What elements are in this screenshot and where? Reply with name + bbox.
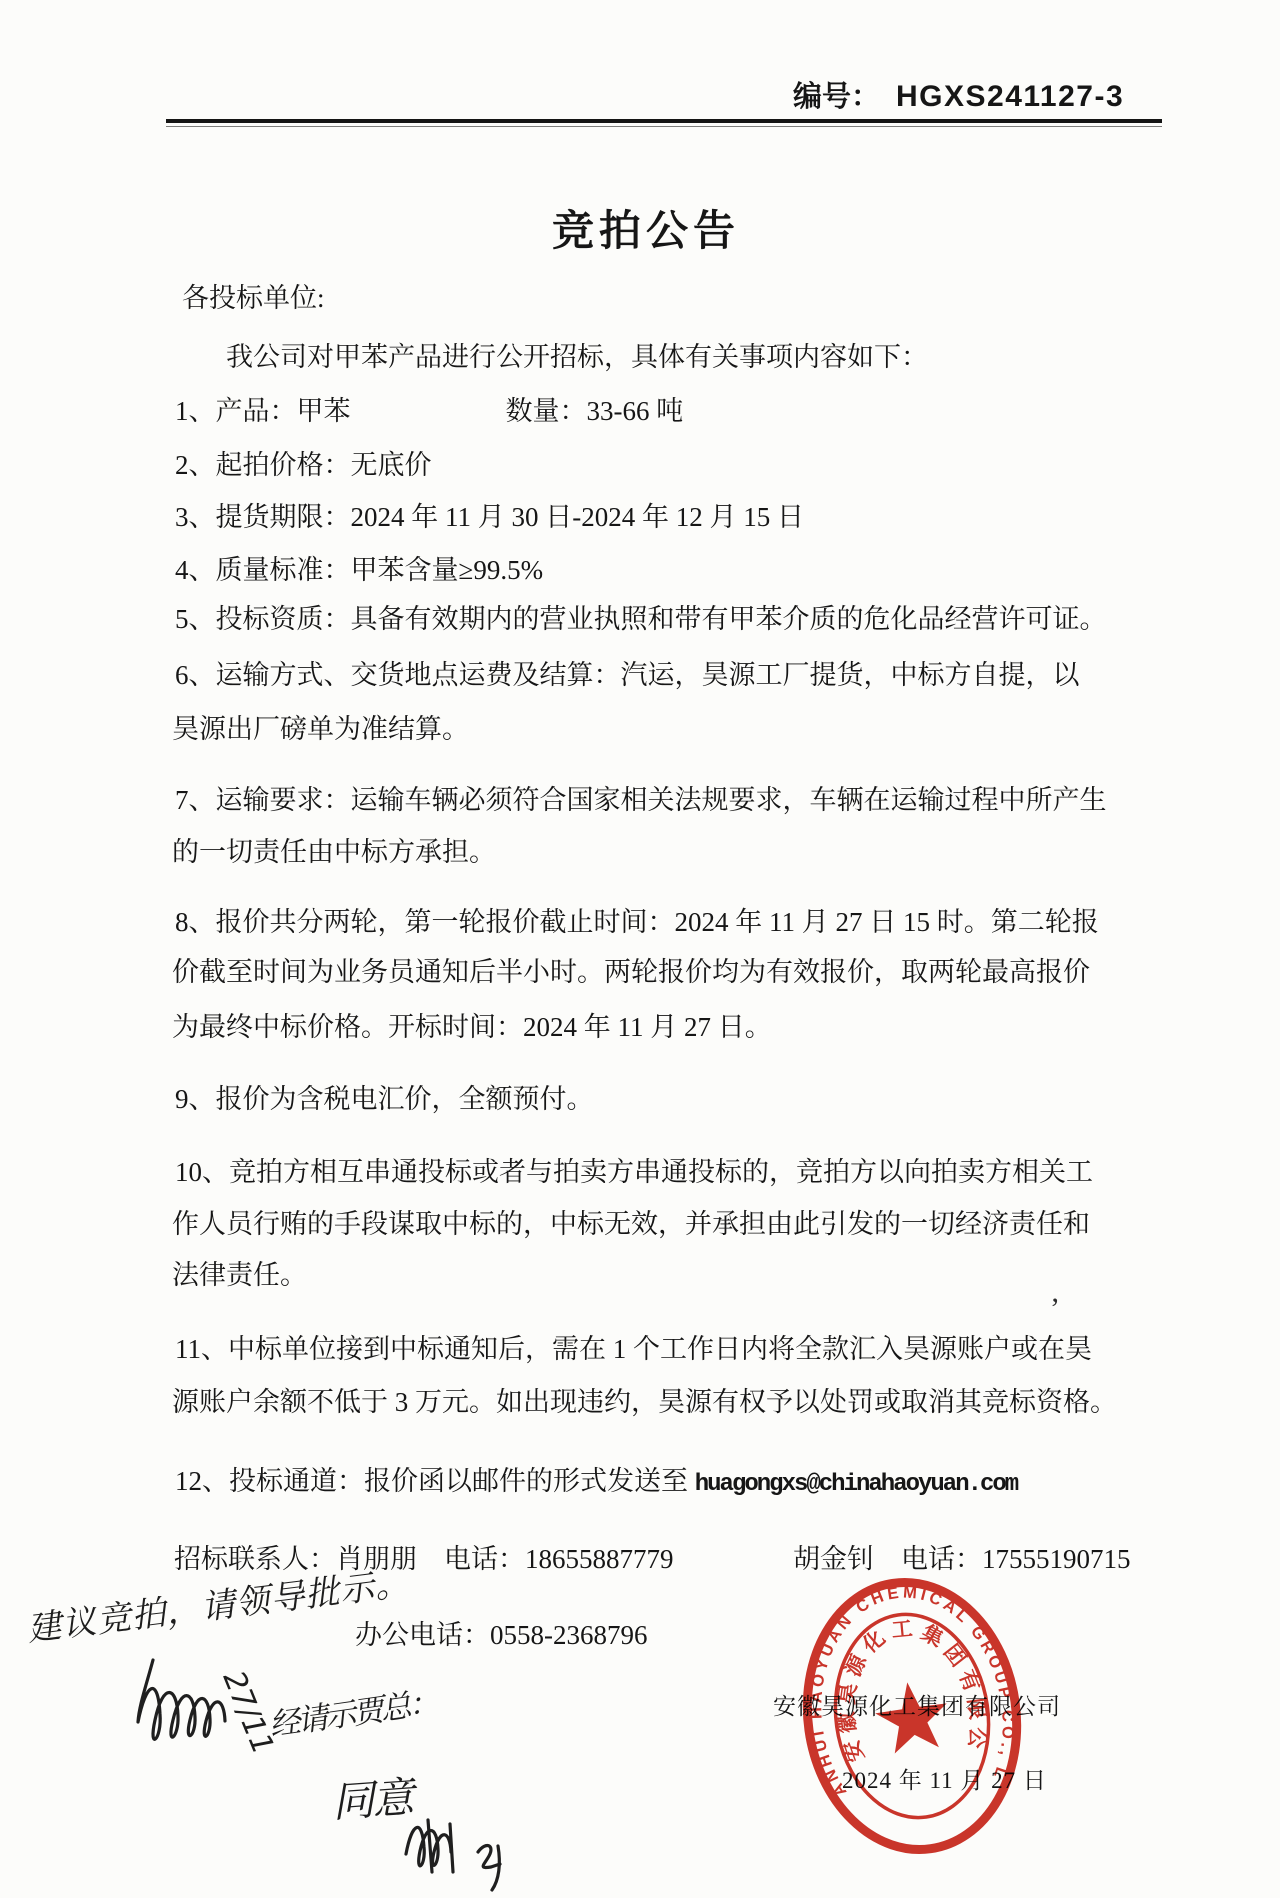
item-3: 3、提货期限：2024 年 11 月 30 日-2024 年 12 月 15 日 (175, 500, 804, 534)
item-12-prefix: 12、投标通道：报价函以邮件的形式发送至 (175, 1466, 695, 1496)
seal-star-icon (872, 1677, 953, 1755)
signature-scribble-bottom (406, 1820, 500, 1890)
contact-left: 招标联系人：肖朋朋 电话：18655887779 (174, 1542, 674, 1576)
item-6-line-1: 6、运输方式、交货地点运费及结算：汽运，昊源工厂提货，中标方自提，以 (175, 658, 1080, 692)
item-1-product: 1、产品：甲苯 (175, 396, 351, 426)
handwritten-approval-agree: 同意 (330, 1764, 414, 1829)
item-9: 9、报价为含税电汇价，全额预付。 (175, 1082, 594, 1116)
item-11-line-2: 源账户余额不低于 3 万元。如出现违约，昊源有权予以处罚或取消其竞标资格。 (172, 1385, 1117, 1419)
item-8-line-1: 8、报价共分两轮，第一轮报价截止时间：2024 年 11 月 27 日 15 时… (175, 905, 1099, 939)
item-8-line-2: 价截至时间为业务员通知后半小时。两轮报价均为有效报价，取两轮最高报价 (172, 955, 1090, 989)
item-7-line-2: 的一切责任由中标方承担。 (172, 835, 496, 869)
office-phone: 办公电话：0558-2368796 (355, 1618, 648, 1652)
item-7-line-1: 7、运输要求：运输车辆必须符合国家相关法规要求，车辆在运输过程中所产生 (175, 783, 1107, 817)
doc-number-value: HGXS241127-3 (896, 80, 1124, 113)
intro-paragraph: 我公司对甲苯产品进行公开招标，具体有关事项内容如下： (226, 340, 928, 374)
signature-scribble-left (138, 1660, 225, 1739)
item-5: 5、投标资质：具备有效期内的营业执照和带有甲苯介质的危化品经营许可证。 (175, 602, 1107, 636)
svg-text:安徽昊源化工集团有限公司: 安徽昊源化工集团有限公司 (758, 1543, 994, 1779)
header-divider-thick (166, 119, 1162, 123)
doc-number-line: 编号：HGXS241127-3 (793, 74, 1124, 115)
item-10-line-2: 作人员行贿的手段谋取中标的，中标无效，并承担由此引发的一切经济责任和 (172, 1207, 1090, 1241)
item-10-line-1: 10、竞拍方相互串通投标或者与拍卖方串通投标的，竞拍方以向拍卖方相关工 (175, 1155, 1093, 1189)
item-11-line-1: 11、中标单位接到中标通知后，需在 1 个工作日内将全款汇入昊源账户或在昊 (175, 1332, 1092, 1366)
item-12-email: huagongxs@chinahaoyuan.com (695, 1471, 1017, 1498)
handwritten-note-approval-request: 经请示贾总： (266, 1677, 439, 1745)
company-seal-stamp: ANHUI HAOYUAN CHEMICAL GROUP CO., LTD 安徽… (758, 1543, 1067, 1889)
scanned-auction-notice-page: 编号：HGXS241127-3 竞拍公告 各投标单位: 我公司对甲苯产品进行公开… (0, 0, 1280, 1898)
item-1-quantity: 数量：33-66 吨 (506, 396, 684, 426)
stray-ink-mark: ’ (1050, 1292, 1060, 1326)
item-10-line-3: 法律责任。 (172, 1258, 307, 1292)
seal-chinese-ring-text: 安徽昊源化工集团有限公司 (758, 1543, 994, 1779)
item-2: 2、起拍价格：无底价 (175, 448, 432, 482)
page-title: 竞拍公告 (6, 198, 1280, 258)
header-divider-thin (166, 126, 1162, 127)
item-4: 4、质量标准：甲苯含量≥99.5% (175, 553, 543, 587)
item-12: 12、投标通道：报价函以邮件的形式发送至 huagongxs@chinahaoy… (175, 1464, 1017, 1502)
item-6-line-2: 昊源出厂磅单为准结算。 (172, 712, 469, 746)
item-8-line-3: 为最终中标价格。开标时间：2024 年 11 月 27 日。 (172, 1010, 772, 1044)
item-1: 1、产品：甲苯数量：33-66 吨 (175, 394, 683, 428)
salutation: 各投标单位: (182, 281, 325, 315)
doc-number-label: 编号： (793, 81, 880, 113)
